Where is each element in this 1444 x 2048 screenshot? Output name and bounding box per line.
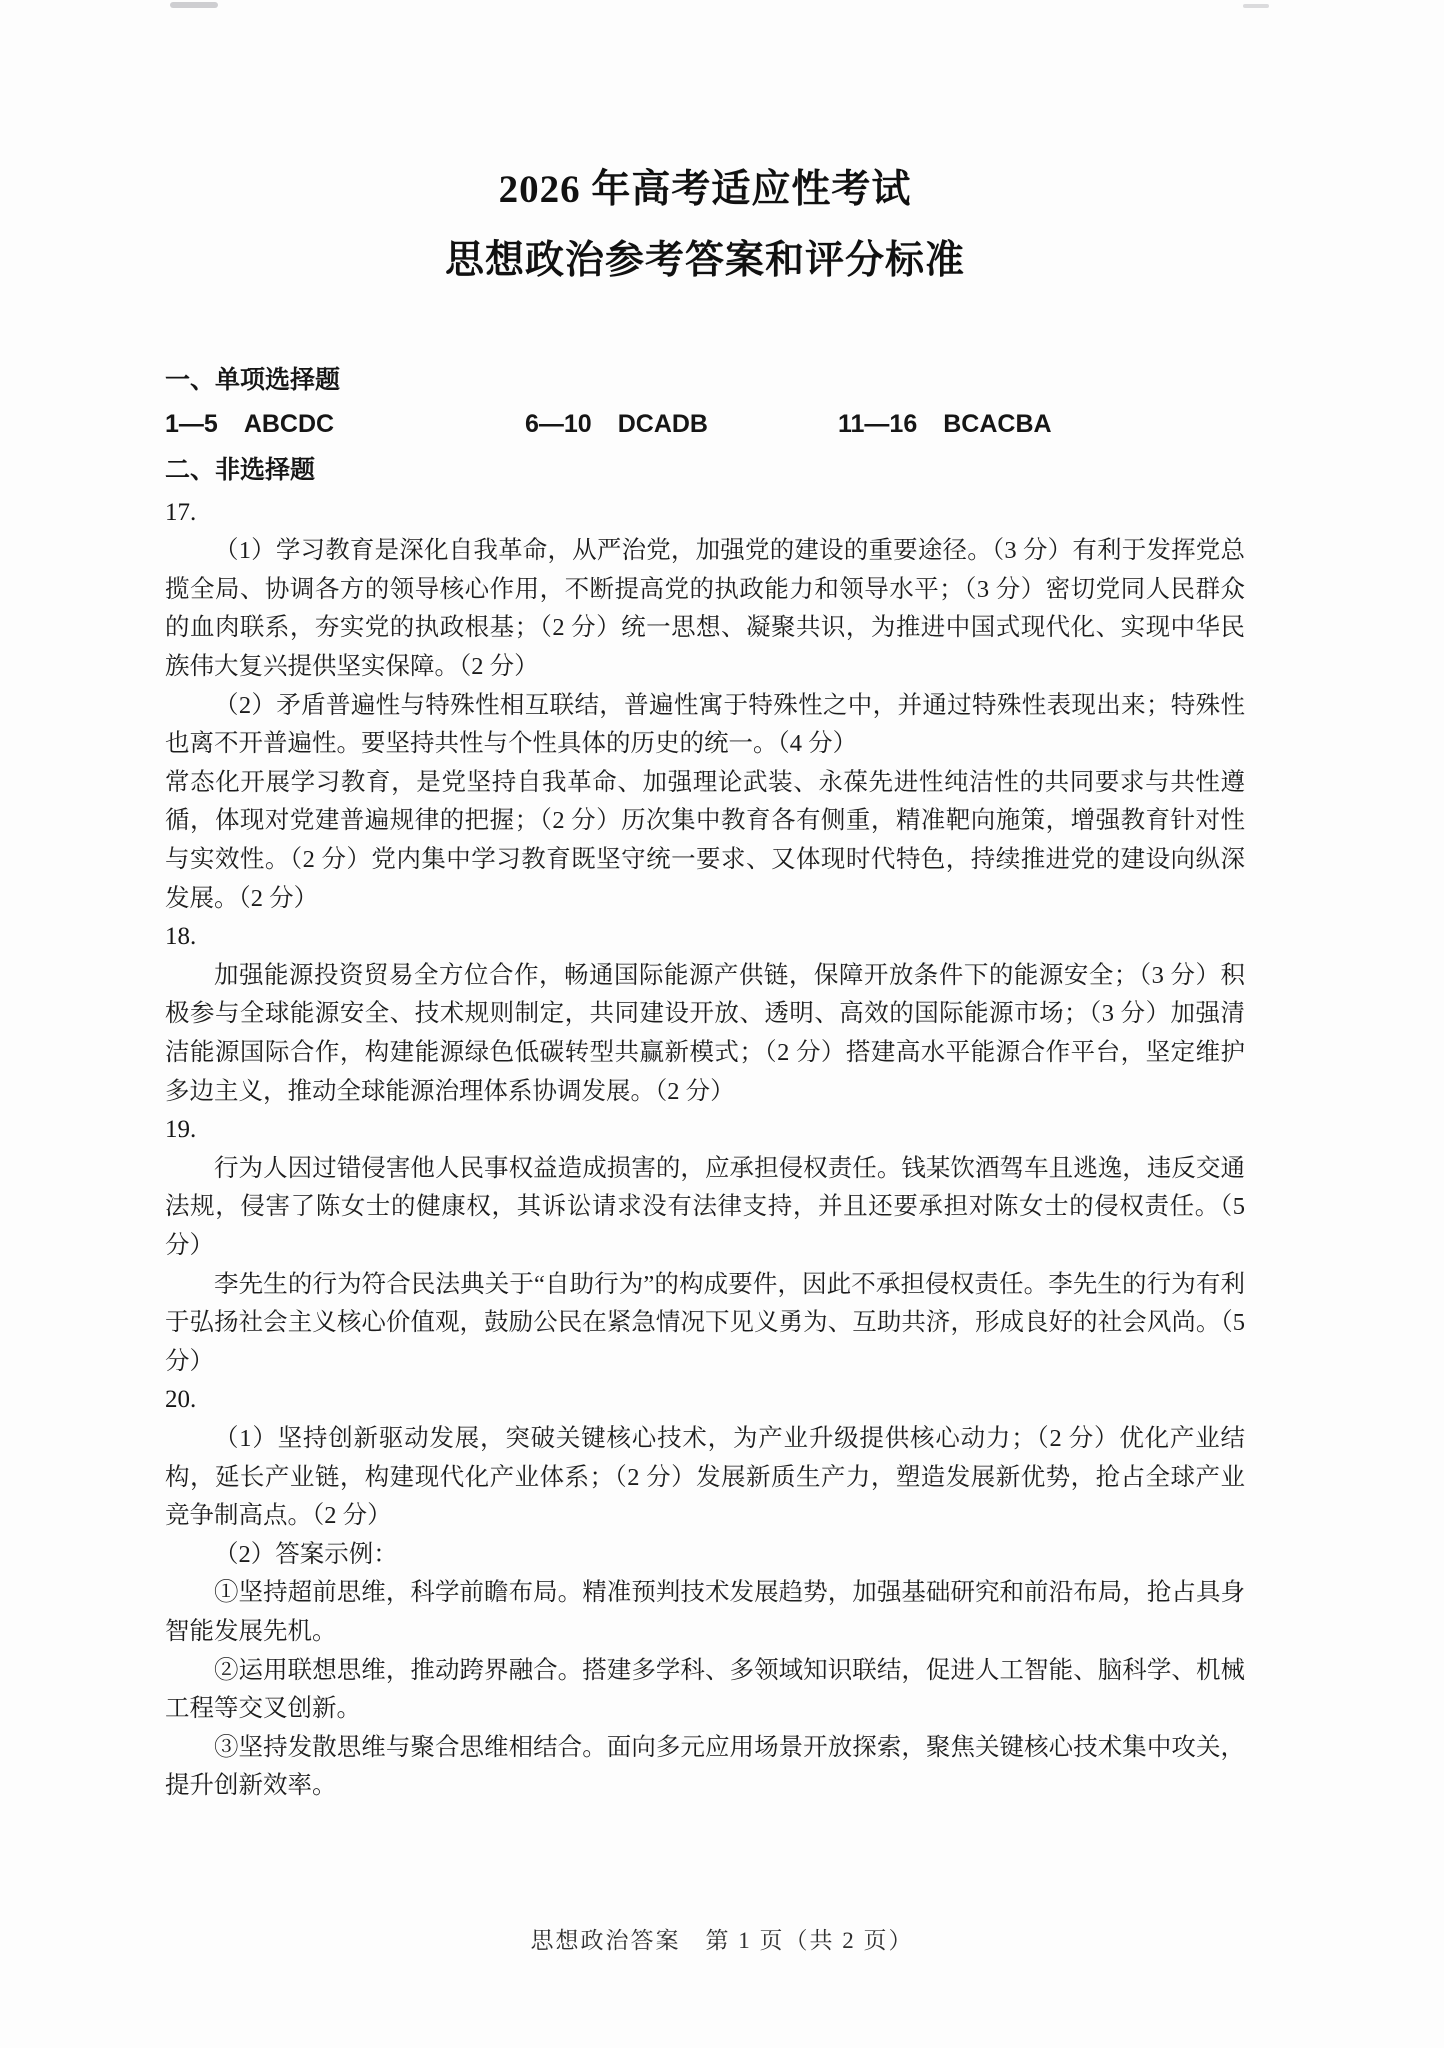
mcq-answer-group: 11—16BCACBA: [838, 404, 1052, 444]
exam-title: 2026 年高考适应性考试: [165, 0, 1245, 213]
question-number: 17.: [165, 494, 1245, 533]
answer-letters: DCADB: [618, 410, 708, 438]
answer-paragraph: ②运用联想思维，推动跨界融合。搭建多学科、多领域知识联结，促进人工智能、脑科学、…: [165, 1652, 1245, 1729]
question-paragraphs: （1）学习教育是深化自我革命，从严治党，加强党的建设的重要途径。（3 分）有利于…: [165, 532, 1245, 918]
answer-paragraph: 加强能源投资贸易全方位合作，畅通国际能源产供链，保障开放条件下的能源安全；（3 …: [165, 957, 1245, 1111]
answer-letters: BCACBA: [943, 410, 1051, 438]
question-number: 20.: [165, 1381, 1245, 1420]
document-page: 2026 年高考适应性考试 思想政治参考答案和评分标准 一、单项选择题 1—5A…: [0, 0, 1444, 2048]
answer-key-title: 思想政治参考答案和评分标准: [165, 213, 1245, 284]
mcq-answer-row: 1—5ABCDC 6—10DCADB 11—16BCACBA: [165, 404, 1245, 444]
question-block: 17. （1）学习教育是深化自我革命，从严治党，加强党的建设的重要途径。（3 分…: [165, 494, 1245, 919]
question-paragraphs: 加强能源投资贸易全方位合作，畅通国际能源产供链，保障开放条件下的能源安全；（3 …: [165, 957, 1245, 1111]
document-content: 2026 年高考适应性考试 思想政治参考答案和评分标准 一、单项选择题 1—5A…: [165, 0, 1245, 1806]
question-paragraphs: 行为人因过错侵害他人民事权益造成损害的，应承担侵权责任。钱某饮酒驾车且逃逸，违反…: [165, 1150, 1245, 1382]
mcq-answer-group: 6—10DCADB: [525, 404, 838, 444]
mcq-section-heading: 一、单项选择题: [165, 360, 1245, 400]
answer-range: 6—10: [525, 410, 592, 438]
page-footer: 思想政治答案 第 1 页（共 2 页）: [0, 1922, 1444, 1955]
question-block: 18. 加强能源投资贸易全方位合作，畅通国际能源产供链，保障开放条件下的能源安全…: [165, 918, 1245, 1111]
answer-paragraph: ③坚持发散思维与聚合思维相结合。面向多元应用场景开放探索，聚焦关键核心技术集中攻…: [165, 1729, 1245, 1806]
answer-letters: ABCDC: [244, 410, 334, 438]
question-paragraphs: （1）坚持创新驱动发展，突破关键核心技术，为产业升级提供核心动力；（2 分）优化…: [165, 1420, 1245, 1806]
answer-paragraph: 李先生的行为符合民法典关于“自助行为”的构成要件，因此不承担侵权责任。李先生的行…: [165, 1266, 1245, 1382]
question-block: 19. 行为人因过错侵害他人民事权益造成损害的，应承担侵权责任。钱某饮酒驾车且逃…: [165, 1111, 1245, 1381]
answer-paragraph: （1）学习教育是深化自我革命，从严治党，加强党的建设的重要途径。（3 分）有利于…: [165, 532, 1245, 686]
answer-paragraph: （2）矛盾普遍性与特殊性相互联结，普遍性寓于特殊性之中，并通过特殊性表现出来；特…: [165, 687, 1245, 764]
answer-paragraph: 常态化开展学习教育，是党坚持自我革命、加强理论武装、永葆先进性纯洁性的共同要求与…: [165, 764, 1245, 918]
answer-paragraph: 行为人因过错侵害他人民事权益造成损害的，应承担侵权责任。钱某饮酒驾车且逃逸，违反…: [165, 1150, 1245, 1266]
scan-artifact-right: [1243, 4, 1269, 8]
answer-paragraph: （2）答案示例：: [165, 1536, 1245, 1575]
answer-paragraph: ①坚持超前思维，科学前瞻布局。精准预判技术发展趋势，加强基础研究和前沿布局，抢占…: [165, 1574, 1245, 1651]
frq-section-heading: 二、非选择题: [165, 450, 1245, 490]
question-number: 18.: [165, 918, 1245, 957]
question-block: 20. （1）坚持创新驱动发展，突破关键核心技术，为产业升级提供核心动力；（2 …: [165, 1381, 1245, 1806]
answer-range: 11—16: [838, 410, 917, 438]
answer-range: 1—5: [165, 410, 218, 438]
question-number: 19.: [165, 1111, 1245, 1150]
question-list: 17. （1）学习教育是深化自我革命，从严治党，加强党的建设的重要途径。（3 分…: [165, 494, 1245, 1806]
mcq-answer-group: 1—5ABCDC: [165, 404, 525, 444]
answer-paragraph: （1）坚持创新驱动发展，突破关键核心技术，为产业升级提供核心动力；（2 分）优化…: [165, 1420, 1245, 1536]
